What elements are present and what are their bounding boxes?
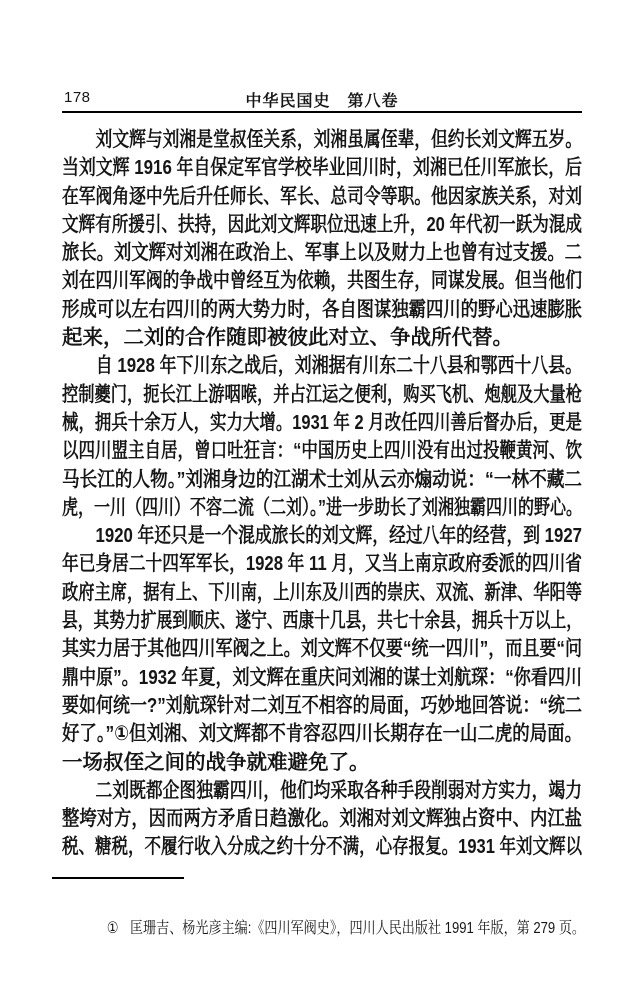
body-line: 文辉有所援引、扶持，因此刘文辉职位迅速上升，20 年代初一跃为混成 [62,211,582,239]
body-line: 好了。”①但刘湘、刘文辉都不肯容忍四川长期存在一山二虎的局面。 [62,720,582,748]
body-line: 马长江的人物。”刘湘身边的江湖术士刘从云亦煽动说：“一林不藏二 [62,466,582,494]
body-line: 在军阀角逐中先后升任师长、军长、总司令等职。他因家族关系，对刘 [62,183,582,211]
body-line: 鼎中原”。1932 年夏，刘文辉在重庆问刘湘的谋士刘航琛：“你看四川 [62,664,582,692]
body-line: 起来，二刘的合作随即被彼此对立、争战所代替。 [62,324,582,352]
body-line: 县，其势力扩展到顺庆、遂宁、西康十几县，共七十余县，拥兵十万以上， [62,607,582,635]
body-line: 当刘文辉 1916 年自保定军官学校毕业回川时，刘湘已任川军旅长，后 [62,154,582,182]
body-line: 一场叔侄之间的战争就难避免了。 [62,749,582,777]
body-line: 1920 年还只是一个混成旅长的刘文辉，经过八年的经营，到 1927 [62,522,582,550]
body-line: 二刘既都企图独霸四川，他们均采取各种手段削弱对方实力，竭力 [62,777,582,805]
body-line: 虎，一川（四川）不容二流（二刘）。”进一步助长了刘湘独霸四川的野心。 [62,494,582,522]
header-divider-rule [62,111,582,113]
body-line: 政府主席，据有上、下川南，上川东及川西的崇庆、双流、新津、华阳等 [62,579,582,607]
body-line: 年已身居二十四军军长，1928 年 11 月，又当上南京政府委派的四川省 [62,550,582,578]
body-line: 旅长。刘文辉对刘湘在政治上、军事上以及财力上也曾有过支援。二 [62,239,582,267]
body-text: 刘文辉与刘湘是堂叔侄关系，刘湘虽属侄辈，但约长刘文辉五岁。当刘文辉 1916 年… [62,126,582,862]
body-line: 械，拥兵十余万人，实力大增。1931 年 2 月改任四川善后督办后，更是 [62,409,582,437]
body-line: 整垮对方，因而两方矛盾日趋激化。刘湘对刘文辉独占资中、内江盐 [62,805,582,833]
body-line: 形成可以左右四川的两大势力时，各自图谋独霸四川的野心迅速膨胀 [62,296,582,324]
body-line: 以四川盟主自居，曾口吐狂言：“中国历史上四川没有出过投鞭黄河、饮 [62,437,582,465]
body-line: 控制夔门，扼长江上游咽喉，并占江运之便利，购买飞机、炮舰及大量枪 [62,381,582,409]
footnote-line: ①匡珊吉、杨光彦主编:《四川军阀史》，四川人民出版社 1991 年版，第 279… [85,896,585,962]
body-line: 刘文辉与刘湘是堂叔侄关系，刘湘虽属侄辈，但约长刘文辉五岁。 [62,126,582,154]
footnote-divider-rule [52,877,184,879]
footnote-text: 匡珊吉、杨光彦主编:《四川军阀史》，四川人民出版社 1991 年版，第 279 … [130,920,585,937]
body-line: 自 1928 年下川东之战后，刘湘据有川东二十八县和鄂西十八县。 [62,352,582,380]
body-line: 税、糖税，不履行收入分成之约十分不满，心存报复。1931 年刘文辉以 [62,833,582,861]
body-line: 其实力居于其他四川军阀之上。刘文辉不仅要“统一四川”，而且要“问 [62,635,582,663]
running-header-title: 中华民国史 第八卷 [0,88,644,111]
body-line: 要如何统一?”刘航琛针对二刘互不相容的局面，巧妙地回答说：“统二 [62,692,582,720]
footnote: ①匡珊吉、杨光彦主编:《四川军阀史》，四川人民出版社 1991 年版，第 279… [85,896,590,962]
body-line: 刘在四川军阀的争战中曾经互为依赖，共图生存，同谋发展。但当他们 [62,267,582,295]
footnote-marker: ① [107,920,130,937]
book-page: 178 中华民国史 第八卷 刘文辉与刘湘是堂叔侄关系，刘湘虽属侄辈，但约长刘文辉… [0,0,644,1000]
